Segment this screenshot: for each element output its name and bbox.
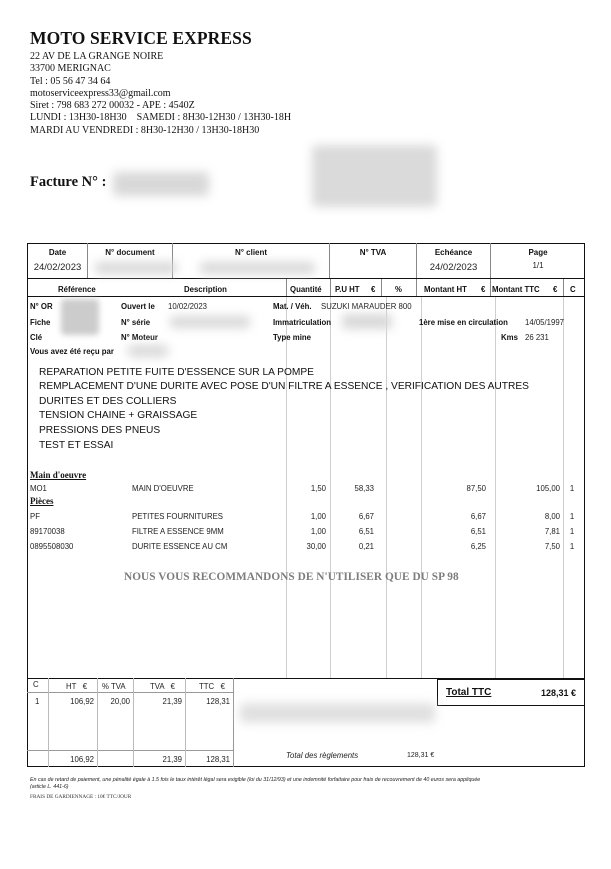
date-header: Date bbox=[28, 248, 87, 257]
serial-label: N° série bbox=[121, 318, 150, 327]
line-amount-ttc: 8,00 bbox=[497, 512, 560, 521]
vat-col-ht: HT € bbox=[66, 682, 87, 691]
line-reference: 89170038 bbox=[30, 527, 120, 536]
company-email: motoserviceexpress33@gmail.com bbox=[30, 88, 291, 100]
line-amount-ttc: 7,50 bbox=[497, 542, 560, 551]
company-address-line1: 22 AV DE LA GRANGE NOIRE bbox=[30, 51, 291, 63]
vat-col-code: C bbox=[33, 680, 39, 689]
line-unit-price: 6,67 bbox=[332, 512, 374, 521]
col-unit-price: P.U HT bbox=[335, 285, 360, 294]
vat-row-tva: 21,39 bbox=[134, 697, 182, 706]
work-line-2: REMPLACEMENT D'UNE DURITE AVEC POSE D'UN… bbox=[39, 381, 529, 392]
document-number-redacted bbox=[95, 262, 177, 274]
received-by-label: Vous avez été reçu par bbox=[30, 347, 114, 356]
line-code: 1 bbox=[566, 512, 578, 521]
company-details: 22 AV DE LA GRANGE NOIRE 33700 MERIGNAC … bbox=[30, 51, 291, 137]
col-code: C bbox=[570, 285, 576, 294]
section-labour: Main d'oeuvre bbox=[30, 470, 86, 480]
line-unit-price: 0,21 bbox=[332, 542, 374, 551]
vat-total-tva: 21,39 bbox=[134, 755, 182, 764]
company-hours-line1: LUNDI : 13H30-18H30 SAMEDI : 8H30-12H30 … bbox=[30, 112, 291, 124]
payment-details-redacted bbox=[240, 703, 435, 723]
work-line-1: REPARATION PETITE FUITE D'ESSENCE SUR LA… bbox=[39, 367, 314, 378]
invoice-number-redacted bbox=[113, 172, 209, 196]
received-by-redacted bbox=[128, 345, 168, 357]
first-circulation-label: 1ère mise en circulation bbox=[419, 318, 508, 327]
engine-label: N° Moteur bbox=[121, 333, 158, 342]
client-number-header: N° client bbox=[173, 248, 329, 257]
registration-redacted bbox=[342, 314, 392, 329]
line-quantity: 30,00 bbox=[288, 542, 326, 551]
total-ttc-value: 128,31 € bbox=[541, 688, 576, 698]
work-line-3: DURITES ET DES COLLIERS bbox=[39, 396, 176, 407]
fiche-label: Fiche bbox=[30, 318, 50, 327]
company-hours-line2: MARDI AU VENDREDI : 8H30-12H30 / 13H30-1… bbox=[30, 125, 291, 137]
col-amount-ttc-currency: € bbox=[553, 285, 557, 294]
company-siret: Siret : 798 683 272 00032 - APE : 4540Z bbox=[30, 100, 291, 112]
or-number-redacted bbox=[61, 299, 99, 335]
col-amount-ttc: Montant TTC bbox=[492, 285, 540, 294]
line-code: 1 bbox=[566, 527, 578, 536]
vat-col-tva: TVA € bbox=[150, 682, 175, 691]
line-reference: MO1 bbox=[30, 484, 120, 493]
line-quantity: 1,50 bbox=[288, 484, 326, 493]
or-number-label: N° OR bbox=[30, 302, 53, 311]
vat-row-code: 1 bbox=[35, 697, 39, 706]
line-code: 1 bbox=[566, 542, 578, 551]
col-unit-price-currency: € bbox=[371, 285, 375, 294]
col-amount-ht-currency: € bbox=[481, 285, 485, 294]
line-reference: 0895508030 bbox=[30, 542, 120, 551]
type-mine-label: Type mine bbox=[273, 333, 311, 342]
vat-number-header: N° TVA bbox=[330, 248, 416, 257]
registration-label: Immatriculation bbox=[273, 318, 331, 327]
serial-redacted bbox=[170, 316, 250, 328]
date-value: 24/02/2023 bbox=[28, 262, 87, 273]
line-description: FILTRE A ESSENCE 9MM bbox=[132, 527, 282, 536]
work-line-6: TEST ET ESSAI bbox=[39, 440, 113, 451]
vat-row-ttc: 128,31 bbox=[186, 697, 230, 706]
line-code: 1 bbox=[566, 484, 578, 493]
due-date-value: 24/02/2023 bbox=[417, 262, 490, 273]
key-label: Clé bbox=[30, 333, 42, 342]
client-number-redacted bbox=[200, 262, 315, 274]
line-amount-ht: 6,51 bbox=[423, 527, 486, 536]
line-description: DURITE ESSENCE AU CM bbox=[132, 542, 282, 551]
page-header: Page bbox=[491, 248, 585, 257]
storage-fee-notice: FRAIS DE GARDIENNAGE : 10€ TTC/JOUR bbox=[30, 794, 131, 800]
line-amount-ht: 6,25 bbox=[423, 542, 486, 551]
payments-total-label: Total des règlements bbox=[286, 751, 358, 760]
col-description: Description bbox=[184, 285, 227, 294]
line-amount-ttc: 7,81 bbox=[497, 527, 560, 536]
vat-total-ht: 106,92 bbox=[50, 755, 94, 764]
invoice-number-label: Facture N° : bbox=[30, 174, 106, 191]
page-value: 1/1 bbox=[491, 261, 585, 270]
line-amount-ht: 6,67 bbox=[423, 512, 486, 521]
company-address-line2: 33700 MERIGNAC bbox=[30, 63, 291, 75]
company-phone: Tel : 05 56 47 34 64 bbox=[30, 76, 291, 88]
late-payment-line2: (article L. 441-6) bbox=[30, 784, 480, 791]
vehicle-model-label: Mat. / Véh. bbox=[273, 302, 312, 311]
client-address-redacted bbox=[312, 145, 437, 207]
vat-row-ht: 106,92 bbox=[50, 697, 94, 706]
vehicle-model-value: SUZUKI MARAUDER 800 bbox=[321, 302, 412, 311]
col-percent: % bbox=[395, 285, 402, 294]
document-number-header: N° document bbox=[88, 248, 172, 257]
vat-col-ttc: TTC € bbox=[199, 682, 225, 691]
late-payment-line1: En cas de retard de paiement, une pénali… bbox=[30, 777, 480, 784]
opened-value: 10/02/2023 bbox=[168, 302, 207, 311]
line-quantity: 1,00 bbox=[288, 512, 326, 521]
col-quantity: Quantité bbox=[290, 285, 322, 294]
line-unit-price: 58,33 bbox=[332, 484, 374, 493]
line-quantity: 1,00 bbox=[288, 527, 326, 536]
vat-total-ttc: 128,31 bbox=[186, 755, 230, 764]
vat-col-rate: % TVA bbox=[102, 682, 126, 691]
line-amount-ht: 87,50 bbox=[423, 484, 486, 493]
kms-label: Kms bbox=[501, 333, 518, 342]
col-reference: Référence bbox=[58, 285, 96, 294]
opened-label: Ouvert le bbox=[121, 302, 155, 311]
fuel-recommendation: NOUS VOUS RECOMMANDONS DE N'UTILISER QUE… bbox=[124, 571, 459, 583]
col-amount-ht: Montant HT bbox=[424, 285, 467, 294]
work-line-5: PRESSIONS DES PNEUS bbox=[39, 425, 160, 436]
late-payment-notice: En cas de retard de paiement, une pénali… bbox=[30, 777, 480, 790]
due-date-header: Echéance bbox=[417, 248, 490, 257]
company-name: MOTO SERVICE EXPRESS bbox=[30, 28, 252, 49]
kms-value: 26 231 bbox=[525, 333, 549, 342]
line-description: PETITES FOURNITURES bbox=[132, 512, 282, 521]
line-amount-ttc: 105,00 bbox=[497, 484, 560, 493]
section-parts: Pièces bbox=[30, 496, 53, 506]
payments-total-value: 128,31 € bbox=[407, 752, 434, 759]
line-unit-price: 6,51 bbox=[332, 527, 374, 536]
first-circulation-value: 14/05/1997 bbox=[525, 318, 564, 327]
work-line-4: TENSION CHAINE + GRAISSAGE bbox=[39, 410, 197, 421]
total-ttc-label: Total TTC bbox=[446, 687, 491, 698]
vat-row-rate: 20,00 bbox=[98, 697, 130, 706]
line-reference: PF bbox=[30, 512, 120, 521]
line-description: MAIN D'OEUVRE bbox=[132, 484, 282, 493]
